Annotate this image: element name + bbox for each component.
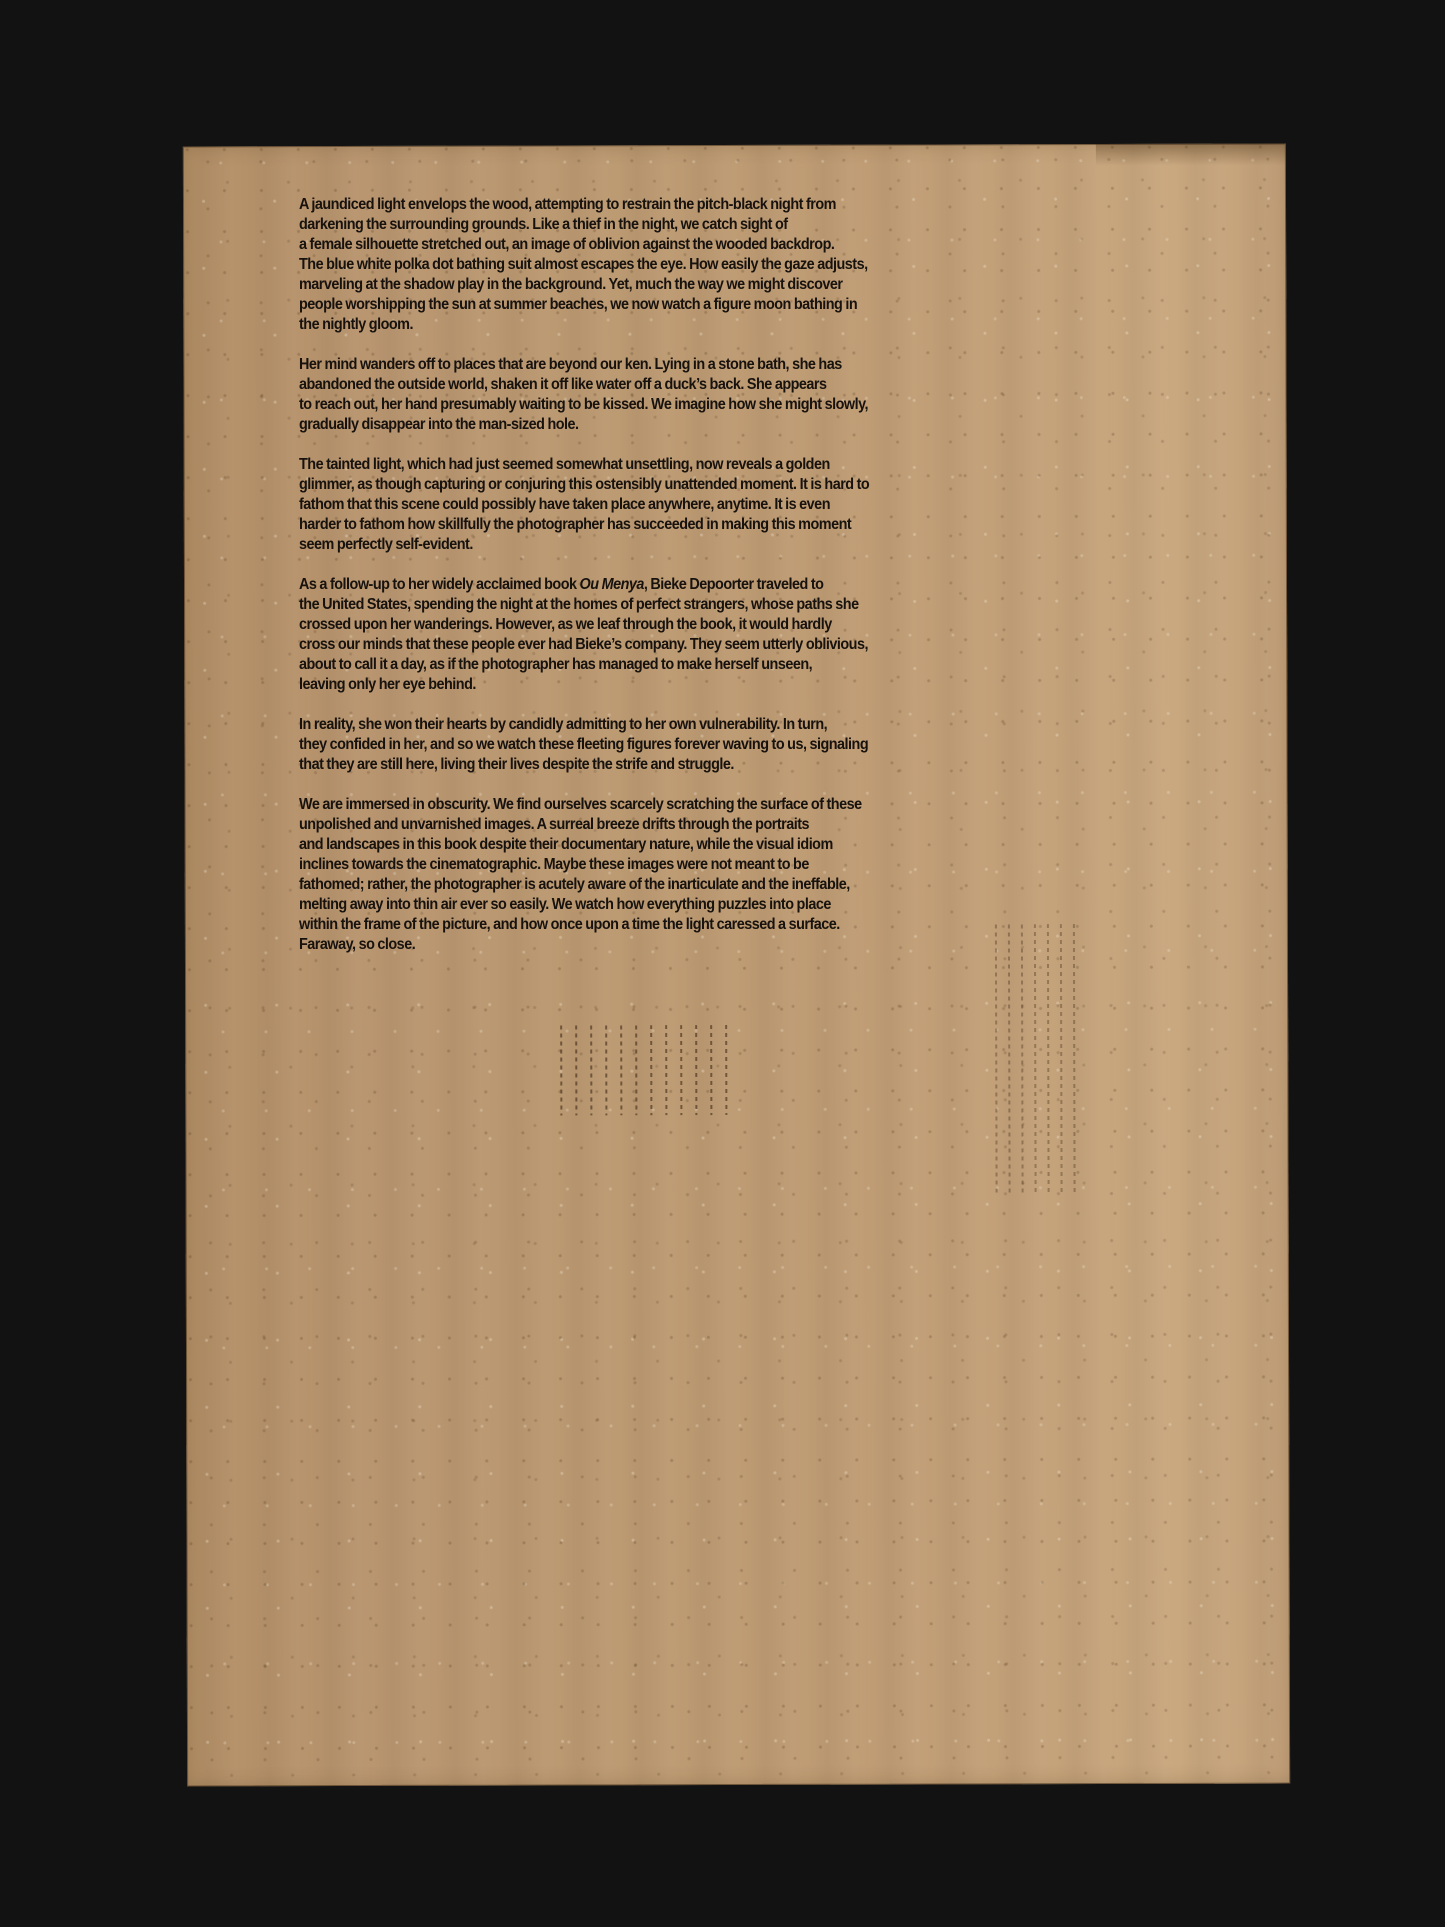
corrugation-marks-right [995,924,1076,1224]
paragraph-3: The tainted light, which had just seemed… [299,455,913,555]
corrugation-marks [560,1025,727,1135]
paragraph-4: As a follow-up to her widely acclaimed b… [299,575,913,695]
paragraph-5: In reality, she won their hearts by cand… [299,715,913,775]
paragraph-6: We are immersed in obscurity. We find ou… [299,795,913,955]
paragraph-4-body: , Bieke Depoorter traveled to the United… [299,576,868,693]
paragraph-1: A jaundiced light envelops the wood, att… [299,195,913,335]
paragraph-2: Her mind wanders off to places that are … [299,355,913,435]
book-title: Ou Menya [580,576,644,593]
paragraph-4-intro: As a follow-up to her widely acclaimed b… [299,576,580,593]
back-cover-text: A jaundiced light envelops the wood, att… [299,195,913,975]
corner-crease [1096,144,1286,166]
